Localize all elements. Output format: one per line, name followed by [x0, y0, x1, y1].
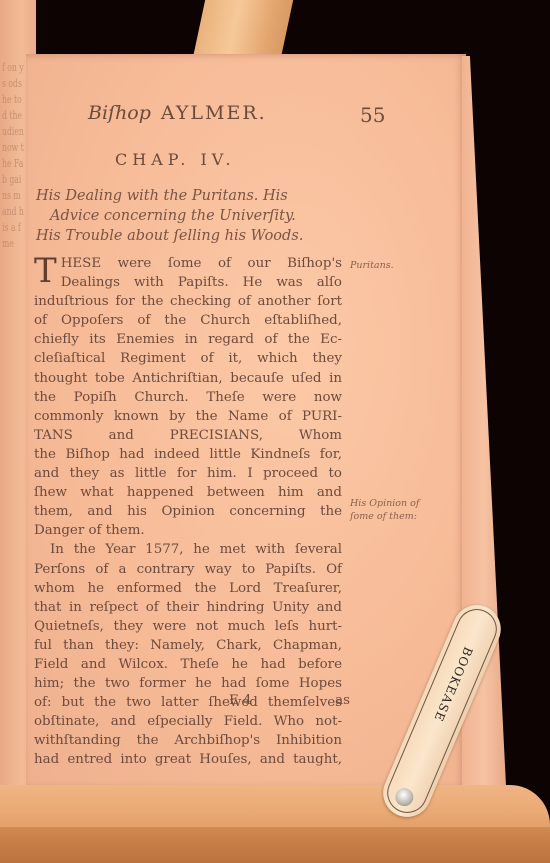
body-line: induſtrious for the checking of another …: [34, 292, 342, 311]
body-line: him; the two former he had ſome Hopes: [34, 674, 342, 693]
chapter-heading: CHAP. IV.: [115, 150, 236, 169]
body-line: Field and Wilcox. Theſe he had before: [34, 655, 342, 674]
catchword: as: [335, 693, 350, 708]
running-head-title: AYLMER.: [161, 102, 267, 124]
easel-post: [192, 0, 293, 62]
body-line: In the Year 1577, he met with ſeveral: [34, 540, 342, 559]
drop-cap: T: [34, 256, 57, 286]
summary-line: Advice concerning the Univerſity.: [36, 206, 386, 226]
body-line: obſtinate, and eſpecially Field. Who not…: [34, 712, 342, 731]
body-line: Perſons of a contrary way to Papiſts. Of: [34, 560, 342, 579]
body-line: the Popiſh Church. Theſe were now: [34, 388, 342, 407]
running-head-title-italic: Biſhop: [88, 102, 151, 124]
body-line: TANS and PRECISIANS, Whom: [34, 426, 342, 445]
body-line: of: but the two latter ſhewed themſelves: [34, 693, 342, 712]
body-line: Dealings with Papiſts. He was alſo: [34, 273, 342, 292]
stand-shelf-front: [0, 827, 550, 863]
body-line: Quietneſs, they were not much leſs hurt-: [34, 617, 342, 636]
margin-note-puritans: Puritans.: [350, 259, 430, 272]
page-number: 55: [360, 103, 385, 127]
body-line: of Oppoſers of the Church eſtabliſhed,: [34, 311, 342, 330]
body-line: withſtanding the Archbiſhop's Inhibition: [34, 731, 342, 750]
chapter-summary: His Dealing with the Puritans. His Advic…: [36, 186, 386, 246]
facing-page-bleed-text: f on ys ods he to d the udien now the Fa…: [2, 60, 24, 252]
margin-note-opinion: His Opinion of ſome of them:: [350, 497, 432, 523]
body-line: and they as little for him. I proceed to: [34, 464, 342, 483]
body-line: whom he enformed the Lord Treaſurer,: [34, 579, 342, 598]
body-line: chiefly its Enemies in regard of the Ec-: [34, 330, 342, 349]
body-line: Danger of them.: [34, 521, 342, 540]
summary-line: His Trouble about ſelling his Woods.: [36, 226, 386, 246]
body-text: T HESE were ſome of our Biſhop's Dealing…: [34, 254, 342, 770]
signature-mark: E 4: [229, 693, 252, 708]
stand-shelf-back: [0, 785, 550, 827]
running-head: BiſhopAYLMER.: [88, 102, 388, 124]
body-line: them, and his Opinion concerning the: [34, 502, 342, 521]
body-line: commonly known by the Name of PURI-: [34, 407, 342, 426]
body-line: the Biſhop had indeed little Kindneſs fo…: [34, 445, 342, 464]
body-line: HESE were ſome of our Biſhop's: [34, 254, 342, 273]
body-line: thought tobe Antichriſtian, becauſe uſed…: [34, 369, 342, 388]
body-line: cleſiaſtical Regiment of it, which they: [34, 349, 342, 368]
body-line: ſhew what happened between him and: [34, 483, 342, 502]
body-line: ful than they: Namely, Chark, Chapman,: [34, 636, 342, 655]
summary-line: His Dealing with the Puritans. His: [36, 186, 386, 206]
body-line: had entred into great Houſes, and taught…: [34, 750, 342, 769]
body-line: that in reſpect of their hindring Unity …: [34, 598, 342, 617]
